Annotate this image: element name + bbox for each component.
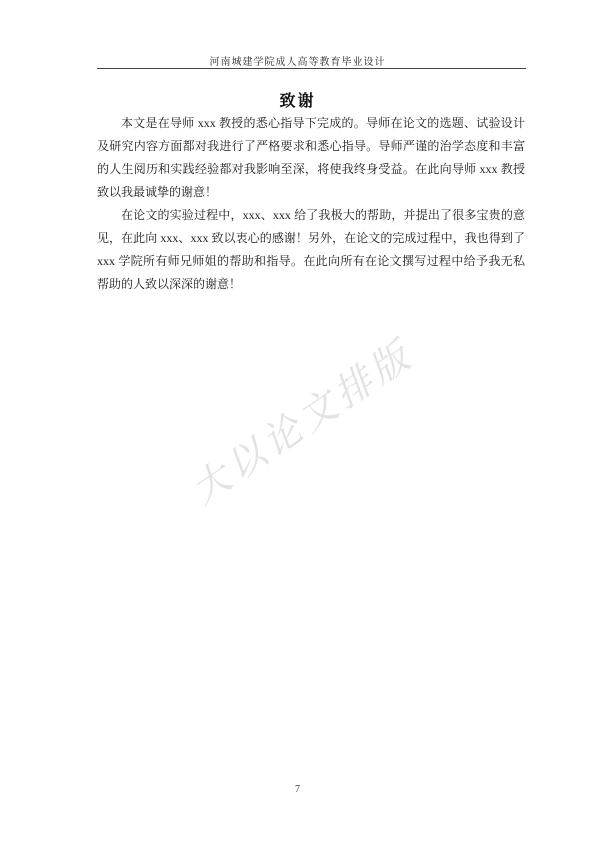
paragraph-acknowledgement-others: 在论文的实验过程中，xxx、xxx 给了我极大的帮助，并提出了很多宝贵的意见，在… xyxy=(97,204,525,296)
document-page: 河南城建学院成人高等教育毕业设计 致谢 本文是在导师 xxx 教授的悉心指导下完… xyxy=(0,0,595,842)
page-footer: 7 xyxy=(0,784,595,795)
paragraph-acknowledgement-advisor: 本文是在导师 xxx 教授的悉心指导下完成的。导师在论文的选题、试验设计及研究内… xyxy=(97,112,525,204)
header-divider xyxy=(97,68,526,69)
page-number: 7 xyxy=(295,784,300,795)
document-body: 本文是在导师 xxx 教授的悉心指导下完成的。导师在论文的选题、试验设计及研究内… xyxy=(97,112,525,296)
diagonal-watermark-text: 大以论文排版 xyxy=(152,307,448,532)
page-title: 致谢 xyxy=(0,88,595,111)
page-header-text: 河南城建学院成人高等教育毕业设计 xyxy=(0,53,595,68)
